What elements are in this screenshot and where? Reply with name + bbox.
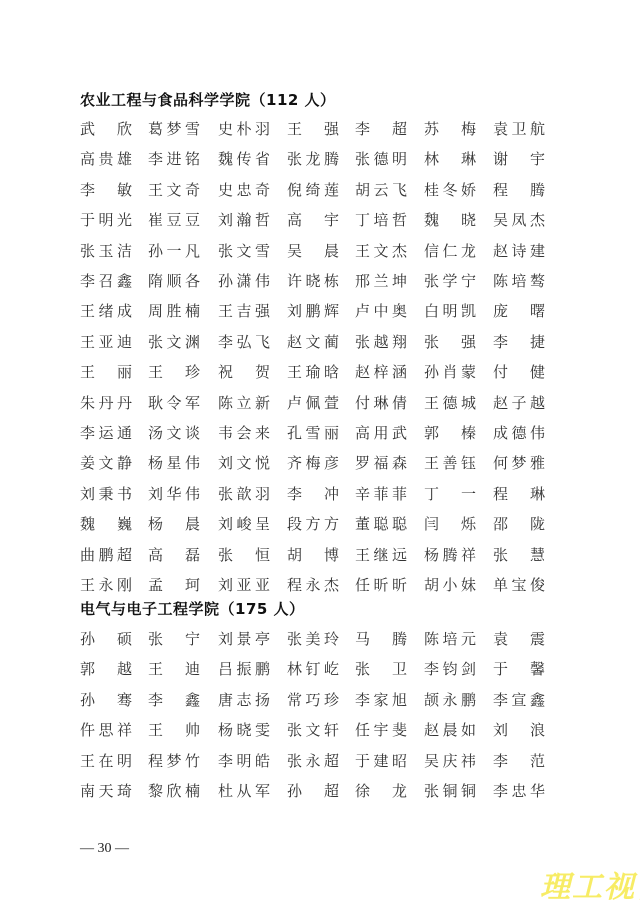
person-name: 王绪成: [80, 300, 132, 321]
person-name: 孙一凡: [148, 240, 200, 261]
person-name: 李范: [493, 750, 545, 771]
person-name: 张龙腾: [287, 148, 339, 169]
person-name: 付琳倩: [355, 392, 407, 413]
person-name: 魏晓: [424, 209, 476, 230]
person-name: 张强: [424, 331, 476, 352]
person-name: 杨晓雯: [218, 719, 270, 740]
name-row: 孙骞李鑫唐志扬常巧珍李家旭颉永鹏李宣鑫: [80, 689, 550, 713]
person-name: 张文轩: [287, 719, 339, 740]
name-row: 武欣葛梦雪史朴羽王强李超苏梅袁卫航: [80, 118, 550, 142]
person-name: 曲鹏超: [80, 544, 132, 565]
person-name: 张文渊: [148, 331, 200, 352]
person-name: 李敏: [80, 179, 132, 200]
person-name: 常巧珍: [287, 689, 339, 710]
person-name: 周胜楠: [148, 300, 200, 321]
person-name: 吴晨: [287, 240, 339, 261]
person-name: 于建昭: [355, 750, 407, 771]
person-name: 王瑜晗: [287, 361, 339, 382]
person-name: 陈培骜: [493, 270, 545, 291]
person-name: 辛菲菲: [355, 483, 407, 504]
person-name: 李弘飞: [218, 331, 270, 352]
person-name: 孙潇伟: [218, 270, 270, 291]
person-name: 刘鹏辉: [287, 300, 339, 321]
person-name: 史朴羽: [218, 118, 270, 139]
person-name: 张玉洁: [80, 240, 132, 261]
person-name: 祝贺: [218, 361, 270, 382]
person-name: 林钉屹: [287, 658, 339, 679]
name-row: 王永刚孟珂刘亚亚程永杰任昕昕胡小妹单宝俊: [80, 574, 550, 598]
name-row: 王丽王珍祝贺王瑜晗赵梓涵孙肖蒙付健: [80, 361, 550, 385]
name-row: 郭越王迪吕振鹏林钉屹张卫李钧剑于馨: [80, 658, 550, 682]
person-name: 张歆羽: [218, 483, 270, 504]
person-name: 孟珂: [148, 574, 200, 595]
person-name: 王迪: [148, 658, 200, 679]
person-name: 李捷: [493, 331, 545, 352]
person-name: 郭越: [80, 658, 132, 679]
person-name: 张美玲: [287, 628, 339, 649]
person-name: 孙硕: [80, 628, 132, 649]
person-name: 程梦竹: [148, 750, 200, 771]
name-row: 李敏王文奇史忠奇倪绮莲胡云飞桂冬娇程腾: [80, 179, 550, 203]
person-name: 李鑫: [148, 689, 200, 710]
watermark-logo: 理工视窗: [540, 862, 640, 905]
person-name: 王永刚: [80, 574, 132, 595]
name-row: 王绪成周胜楠王吉强刘鹏辉卢中奥白明凯庞曙: [80, 300, 550, 324]
name-row: 南天琦黎欣楠杜从军孙超徐龙张铜铜李忠华: [80, 780, 550, 804]
person-name: 苏梅: [424, 118, 476, 139]
person-name: 唐志扬: [218, 689, 270, 710]
person-name: 刘亚亚: [218, 574, 270, 595]
name-row: 张玉洁孙一凡张文雪吴晨王文杰信仁龙赵诗建: [80, 240, 550, 264]
person-name: 仵思祥: [80, 719, 132, 740]
name-row: 姜文静杨星伟刘文悦齐梅彦罗福森王善钰何梦雅: [80, 452, 550, 476]
person-name: 张慧: [493, 544, 545, 565]
section-heading: 电气与电子工程学院（175 人）: [80, 598, 305, 619]
person-name: 王丽: [80, 361, 132, 382]
person-name: 南天琦: [80, 780, 132, 801]
person-name: 胡小妹: [424, 574, 476, 595]
person-name: 任昕昕: [355, 574, 407, 595]
person-name: 杨晨: [148, 513, 200, 534]
person-name: 王文奇: [148, 179, 200, 200]
person-name: 邢兰坤: [355, 270, 407, 291]
person-name: 黎欣楠: [148, 780, 200, 801]
person-name: 谢宇: [493, 148, 545, 169]
name-row: 魏巍杨晨刘峻呈段方方董聪聪闫烁邵陇: [80, 513, 550, 537]
person-name: 朱丹丹: [80, 392, 132, 413]
person-name: 隋顺各: [148, 270, 200, 291]
person-name: 高宇: [287, 209, 339, 230]
person-name: 武欣: [80, 118, 132, 139]
person-name: 齐梅彦: [287, 452, 339, 473]
person-name: 陈培元: [424, 628, 476, 649]
person-name: 汤文谈: [148, 422, 200, 443]
person-name: 赵文蔺: [287, 331, 339, 352]
name-row: 孙硕张宁刘景亭张美玲马腾陈培元袁震: [80, 628, 550, 652]
person-name: 吴庆祎: [424, 750, 476, 771]
person-name: 于明光: [80, 209, 132, 230]
person-name: 白明凯: [424, 300, 476, 321]
person-name: 庞曙: [493, 300, 545, 321]
section-heading: 农业工程与食品科学学院（112 人）: [80, 89, 336, 110]
person-name: 赵晨如: [424, 719, 476, 740]
person-name: 董聪聪: [355, 513, 407, 534]
name-row: 王亚迪张文渊李弘飞赵文蔺张越翔张强李捷: [80, 331, 550, 355]
person-name: 任宇斐: [355, 719, 407, 740]
person-name: 李宣鑫: [493, 689, 545, 710]
person-name: 李进铭: [148, 148, 200, 169]
person-name: 李超: [355, 118, 407, 139]
person-name: 张宁: [148, 628, 200, 649]
person-name: 杜从军: [218, 780, 270, 801]
person-name: 林琳: [424, 148, 476, 169]
person-name: 魏巍: [80, 513, 132, 534]
person-name: 刘瀚哲: [218, 209, 270, 230]
person-name: 胡博: [287, 544, 339, 565]
person-name: 刘峻呈: [218, 513, 270, 534]
person-name: 李冲: [287, 483, 339, 504]
person-name: 刘景亭: [218, 628, 270, 649]
name-row: 刘秉书刘华伟张歆羽李冲辛菲菲丁一程琳: [80, 483, 550, 507]
person-name: 吕振鹏: [218, 658, 270, 679]
person-name: 杨腾祥: [424, 544, 476, 565]
person-name: 赵子越: [493, 392, 545, 413]
person-name: 单宝俊: [493, 574, 545, 595]
person-name: 付健: [493, 361, 545, 382]
person-name: 倪绮莲: [287, 179, 339, 200]
name-row: 仵思祥王帅杨晓雯张文轩任宇斐赵晨如刘浪: [80, 719, 550, 743]
person-name: 史忠奇: [218, 179, 270, 200]
person-name: 王德城: [424, 392, 476, 413]
person-name: 高贵雄: [80, 148, 132, 169]
person-name: 胡云飞: [355, 179, 407, 200]
person-name: 陈立新: [218, 392, 270, 413]
name-row: 李运通汤文谈韦会来孔雪丽高用武郭榛成德伟: [80, 422, 550, 446]
person-name: 张越翔: [355, 331, 407, 352]
person-name: 韦会来: [218, 422, 270, 443]
person-name: 张恒: [218, 544, 270, 565]
person-name: 张文雪: [218, 240, 270, 261]
person-name: 徐龙: [355, 780, 407, 801]
person-name: 卢佩萱: [287, 392, 339, 413]
person-name: 王吉强: [218, 300, 270, 321]
person-name: 李忠华: [493, 780, 545, 801]
person-name: 耿令军: [148, 392, 200, 413]
person-name: 信仁龙: [424, 240, 476, 261]
person-name: 张铜铜: [424, 780, 476, 801]
person-name: 何梦雅: [493, 452, 545, 473]
person-name: 高用武: [355, 422, 407, 443]
person-name: 李运通: [80, 422, 132, 443]
person-name: 王珍: [148, 361, 200, 382]
person-name: 王善钰: [424, 452, 476, 473]
person-name: 丁培哲: [355, 209, 407, 230]
name-row: 朱丹丹耿令军陈立新卢佩萱付琳倩王德城赵子越: [80, 392, 550, 416]
person-name: 马腾: [355, 628, 407, 649]
person-name: 于馨: [493, 658, 545, 679]
person-name: 郭榛: [424, 422, 476, 443]
person-name: 杨星伟: [148, 452, 200, 473]
person-name: 葛梦雪: [148, 118, 200, 139]
person-name: 程琳: [493, 483, 545, 504]
person-name: 袁卫航: [493, 118, 545, 139]
person-name: 魏传省: [218, 148, 270, 169]
person-name: 孙骞: [80, 689, 132, 710]
person-name: 张德明: [355, 148, 407, 169]
person-name: 赵梓涵: [355, 361, 407, 382]
name-row: 于明光崔豆豆刘瀚哲高宇丁培哲魏晓吴凤杰: [80, 209, 550, 233]
person-name: 孙肖蒙: [424, 361, 476, 382]
person-name: 姜文静: [80, 452, 132, 473]
person-name: 王在明: [80, 750, 132, 771]
person-name: 程永杰: [287, 574, 339, 595]
name-row: 王在明程梦竹李明皓张永超于建昭吴庆祎李范: [80, 750, 550, 774]
person-name: 李家旭: [355, 689, 407, 710]
person-name: 张学宁: [424, 270, 476, 291]
person-name: 孔雪丽: [287, 422, 339, 443]
name-row: 曲鹏超高磊张恒胡博王继远杨腾祥张慧: [80, 544, 550, 568]
person-name: 邵陇: [493, 513, 545, 534]
person-name: 许晓栋: [287, 270, 339, 291]
person-name: 张永超: [287, 750, 339, 771]
person-name: 孙超: [287, 780, 339, 801]
person-name: 李召鑫: [80, 270, 132, 291]
person-name: 王文杰: [355, 240, 407, 261]
name-row: 李召鑫隋顺各孙潇伟许晓栋邢兰坤张学宁陈培骜: [80, 270, 550, 294]
person-name: 王强: [287, 118, 339, 139]
person-name: 张卫: [355, 658, 407, 679]
person-name: 王帅: [148, 719, 200, 740]
person-name: 刘秉书: [80, 483, 132, 504]
person-name: 赵诗建: [493, 240, 545, 261]
person-name: 桂冬娇: [424, 179, 476, 200]
person-name: 王继远: [355, 544, 407, 565]
person-name: 高磊: [148, 544, 200, 565]
person-name: 刘华伟: [148, 483, 200, 504]
person-name: 闫烁: [424, 513, 476, 534]
person-name: 刘浪: [493, 719, 545, 740]
person-name: 袁震: [493, 628, 545, 649]
person-name: 吴凤杰: [493, 209, 545, 230]
person-name: 卢中奥: [355, 300, 407, 321]
name-row: 高贵雄李进铭魏传省张龙腾张德明林琳谢宇: [80, 148, 550, 172]
page-number: — 30 —: [80, 841, 129, 857]
person-name: 刘文悦: [218, 452, 270, 473]
person-name: 罗福森: [355, 452, 407, 473]
person-name: 丁一: [424, 483, 476, 504]
person-name: 成德伟: [493, 422, 545, 443]
person-name: 颉永鹏: [424, 689, 476, 710]
person-name: 王亚迪: [80, 331, 132, 352]
person-name: 李钧剑: [424, 658, 476, 679]
person-name: 程腾: [493, 179, 545, 200]
person-name: 崔豆豆: [148, 209, 200, 230]
person-name: 段方方: [287, 513, 339, 534]
person-name: 李明皓: [218, 750, 270, 771]
